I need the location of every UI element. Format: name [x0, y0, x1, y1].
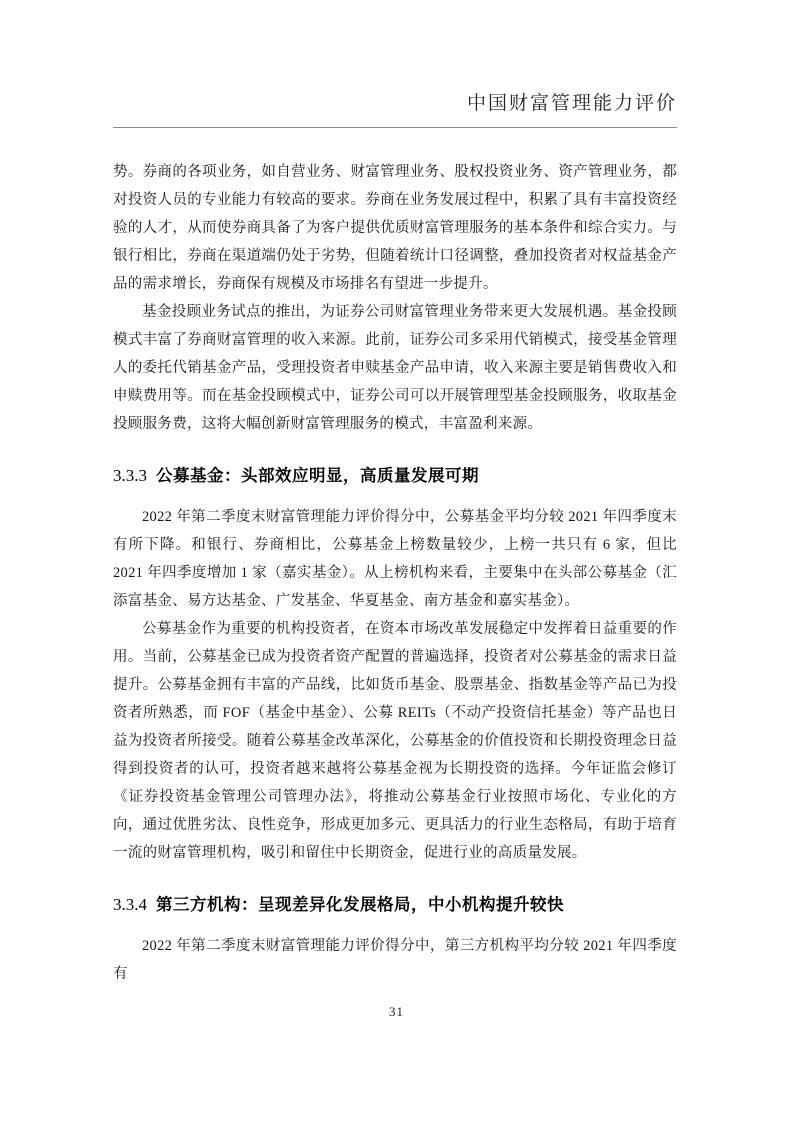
document-page: 中国财富管理能力评价 势。券商的各项业务，如自营业务、财富管理业务、股权投资业务… [0, 0, 793, 1122]
section-number: 3.3.3 [113, 466, 147, 485]
section-heading-3-3-3: 3.3.3公募基金：头部效应明显，高质量发展可期 [113, 464, 677, 488]
section-title: 第三方机构：呈现差异化发展格局，中小机构提升较快 [156, 896, 564, 914]
body-paragraph: 2022 年第二季度末财富管理能力评价得分中，第三方机构平均分较 2021 年四… [113, 932, 677, 988]
section-heading-3-3-4: 3.3.4第三方机构：呈现差异化发展格局，中小机构提升较快 [113, 893, 677, 917]
body-paragraph: 势。券商的各项业务，如自营业务、财富管理业务、股权投资业务、资产管理业务，都对投… [113, 158, 677, 298]
page-number: 31 [389, 1004, 404, 1019]
page-footer: 31 [0, 1003, 793, 1021]
section-number: 3.3.4 [113, 895, 147, 914]
page-content: 势。券商的各项业务，如自营业务、财富管理业务、股权投资业务、资产管理业务，都对投… [113, 128, 677, 988]
body-paragraph: 2022 年第二季度末财富管理能力评价得分中，公募基金平均分较 2021 年四季… [113, 503, 677, 615]
header-title: 中国财富管理能力评价 [113, 92, 677, 116]
page-header: 中国财富管理能力评价 [113, 0, 677, 128]
body-paragraph: 基金投顾业务试点的推出，为证券公司财富管理业务带来更大发展机遇。基金投顾模式丰富… [113, 298, 677, 438]
section-title: 公募基金：头部效应明显，高质量发展可期 [156, 467, 479, 485]
body-paragraph: 公募基金作为重要的机构投资者，在资本市场改革发展稳定中发挥着日益重要的作用。当前… [113, 615, 677, 867]
